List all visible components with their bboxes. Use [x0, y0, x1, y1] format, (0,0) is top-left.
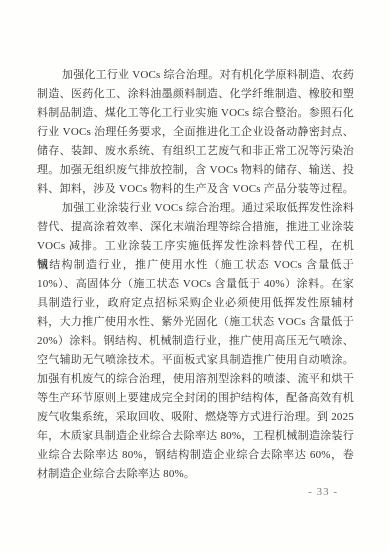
- text-line: 年，木质家具制造企业综合去除率达 80%，工程机械制造涂装行: [37, 427, 354, 446]
- text-line: 具制造行业，政府定点招标采购企业必须使用低挥发性原辅材: [37, 294, 354, 313]
- text-line: 加强工业涂装行业 VOCs 综合治理。通过采取低挥发性涂料: [37, 199, 354, 218]
- text-line: 废气收集系统，采取回收、吸附、燃烧等方式进行治理。到 2025: [37, 408, 354, 427]
- text-line: 钢结构制造行业，推广使用水性（施工状态 VOCs 含量低于: [37, 256, 354, 275]
- text-line: 空气辅助无气喷涂技术。平面板式家具制造推广使用自动喷涂。: [37, 351, 354, 370]
- text-line: 10%）、高固体分（施工状态 VOCs 含量低于 40%）涂料。在家: [37, 275, 354, 294]
- text-line: 材制造企业综合去除率达 80%。: [37, 465, 354, 484]
- text-line: 加强有机废气的综合治理，使用溶剂型涂料的喷漆、流平和烘干: [37, 370, 354, 389]
- page-number: - 33 -: [308, 485, 338, 499]
- text-line: 20%）涂料。钢结构、机械制造行业，推广使用高压无气喷涂、: [37, 332, 354, 351]
- text-line: VOCs 减排。工业涂装工序实施低挥发性涂料替代工程，在机械、: [37, 237, 354, 256]
- text-line: 料制品制造、煤化工等化工行业实施 VOCs 综合整治。参照石化: [37, 104, 354, 123]
- text-line: 业综合去除率达 80%，钢结构制造企业综合去除率达 60%，卷: [37, 446, 354, 465]
- text-line: 等生产环节原则上要建成完全封闭的围护结构体，配备高效有机: [37, 389, 354, 408]
- text-line: 替代、提高涂着效率、深化末端治理等综合措施，推进工业涂装: [37, 218, 354, 237]
- text-line: 加强化工行业 VOCs 综合治理。对有机化学原料制造、农药: [37, 66, 354, 85]
- text-line: 行业 VOCs 治理任务要求，全面推进化工企业设备动静密封点、: [37, 123, 354, 142]
- document-body: 加强化工行业 VOCs 综合治理。对有机化学原料制造、农药制造、医药化工、涂料油…: [37, 66, 354, 484]
- text-line: 制造、医药化工、涂料油墨颜料制造、化学纤维制造、橡胶和塑: [37, 85, 354, 104]
- document-page: 加强化工行业 VOCs 综合治理。对有机化学原料制造、农药制造、医药化工、涂料油…: [0, 0, 390, 551]
- text-line: 料，大力推广使用水性、紫外光固化（施工状态 VOCs 含量低于: [37, 313, 354, 332]
- text-line: 储存、装卸、废水系统、有组织工艺废气和非正常工况等污染治: [37, 142, 354, 161]
- text-line: 料、卸料，涉及 VOCs 物料的生产及含 VOCs 产品分装等过程。: [37, 180, 354, 199]
- text-line: 理。加强无组织废气排放控制，含 VOCs 物料的储存、输送、投: [37, 161, 354, 180]
